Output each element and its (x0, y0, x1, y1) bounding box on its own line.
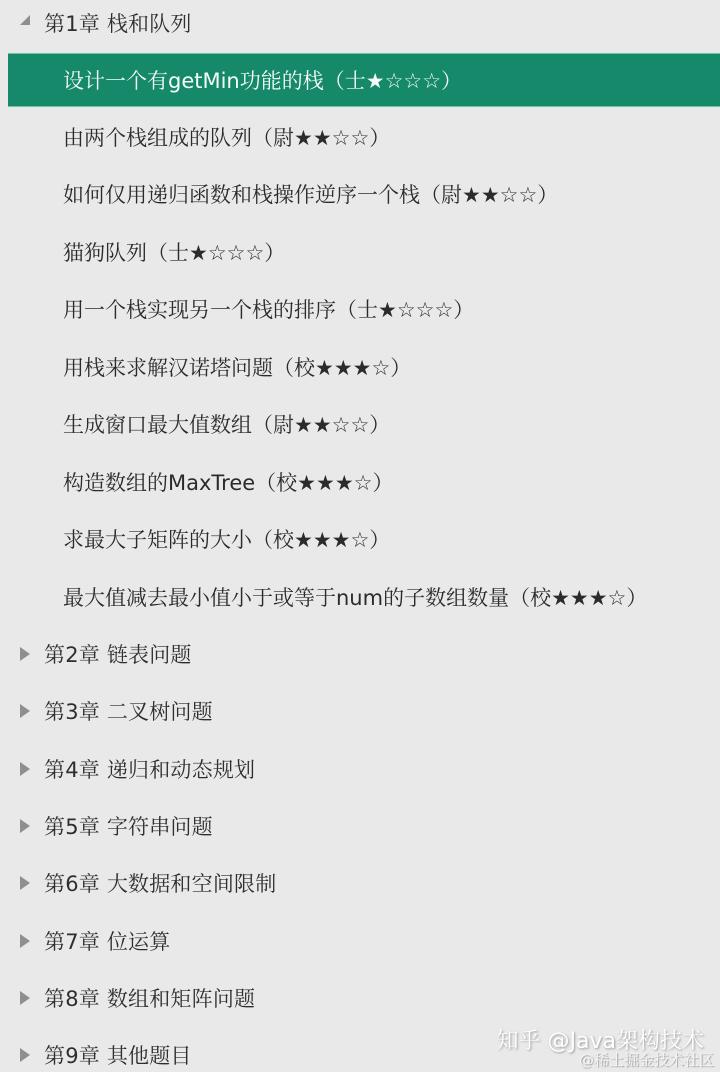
chapter-label: 第7章 位运算 (44, 926, 170, 956)
chapter-3-header[interactable]: 第3章 二叉树问题 (0, 691, 720, 731)
chapter-7-header[interactable]: 第7章 位运算 (0, 921, 720, 961)
collapse-arrow-icon[interactable] (20, 819, 30, 833)
chapter-label: 第4章 递归和动态规划 (44, 754, 255, 784)
list-item-getmin-stack[interactable]: 设计一个有getMin功能的栈（士★☆☆☆） (8, 53, 720, 107)
chapter-8-header[interactable]: 第8章 数组和矩阵问题 (0, 978, 720, 1018)
collapse-arrow-icon[interactable] (20, 876, 30, 890)
item-label: 用栈来求解汉诺塔问题（校★★★☆） (63, 352, 411, 382)
list-item-two-stack-queue[interactable]: 由两个栈组成的队列（尉★★☆☆） (8, 111, 720, 163)
item-label: 如何仅用递归函数和栈操作逆序一个栈（尉★★☆☆） (63, 179, 558, 209)
expand-arrow-icon[interactable] (20, 15, 30, 25)
chapter-2-header[interactable]: 第2章 链表问题 (0, 634, 720, 674)
item-label: 猫狗队列（士★☆☆☆） (63, 237, 285, 267)
chapter-label: 第3章 二叉树问题 (44, 696, 213, 726)
list-item-max-submatrix[interactable]: 求最大子矩阵的大小（校★★★☆） (8, 513, 720, 565)
item-label: 最大值减去最小值小于或等于num的子数组数量（校★★★☆） (63, 582, 647, 612)
collapse-arrow-icon[interactable] (20, 704, 30, 718)
list-item-subarray-count[interactable]: 最大值减去最小值小于或等于num的子数组数量（校★★★☆） (8, 571, 720, 623)
item-label: 由两个栈组成的队列（尉★★☆☆） (63, 122, 390, 152)
chapter-4-header[interactable]: 第4章 递归和动态规划 (0, 749, 720, 789)
chapter-label: 第6章 大数据和空间限制 (44, 868, 276, 898)
chapter-label: 第9章 其他题目 (44, 1040, 192, 1070)
collapse-arrow-icon[interactable] (20, 762, 30, 776)
list-item-maxtree[interactable]: 构造数组的MaxTree（校★★★☆） (8, 456, 720, 508)
item-label: 构造数组的MaxTree（校★★★☆） (63, 467, 393, 497)
collapse-arrow-icon[interactable] (20, 1048, 30, 1062)
collapse-arrow-icon[interactable] (20, 991, 30, 1005)
chapter-tree: 第1章 栈和队列 设计一个有getMin功能的栈（士★☆☆☆） 由两个栈组成的队… (0, 0, 720, 1072)
item-label: 用一个栈实现另一个栈的排序（士★☆☆☆） (63, 294, 474, 324)
item-label: 生成窗口最大值数组（尉★★☆☆） (63, 409, 390, 439)
list-item-window-max[interactable]: 生成窗口最大值数组（尉★★☆☆） (8, 398, 720, 450)
list-item-reverse-stack[interactable]: 如何仅用递归函数和栈操作逆序一个栈（尉★★☆☆） (8, 168, 720, 220)
chapter-label: 第8章 数组和矩阵问题 (44, 983, 255, 1013)
chapter-5-header[interactable]: 第5章 字符串问题 (0, 806, 720, 846)
list-item-stack-sort[interactable]: 用一个栈实现另一个栈的排序（士★☆☆☆） (8, 283, 720, 335)
collapse-arrow-icon[interactable] (20, 647, 30, 661)
chapter-6-header[interactable]: 第6章 大数据和空间限制 (0, 863, 720, 903)
item-label: 设计一个有getMin功能的栈（士★☆☆☆） (63, 65, 462, 95)
watermark-juejin: @稀土掘金技术社区 (579, 1049, 714, 1070)
list-item-cat-dog-queue[interactable]: 猫狗队列（士★☆☆☆） (8, 226, 720, 278)
item-label: 求最大子矩阵的大小（校★★★☆） (63, 524, 390, 554)
collapse-arrow-icon[interactable] (20, 934, 30, 948)
list-item-hanoi[interactable]: 用栈来求解汉诺塔问题（校★★★☆） (8, 341, 720, 393)
chapter-label: 第2章 链表问题 (44, 639, 192, 669)
chapter-label: 第5章 字符串问题 (44, 811, 213, 841)
chapter-1-header[interactable]: 第1章 栈和队列 (0, 3, 720, 43)
chapter-label: 第1章 栈和队列 (44, 8, 192, 38)
